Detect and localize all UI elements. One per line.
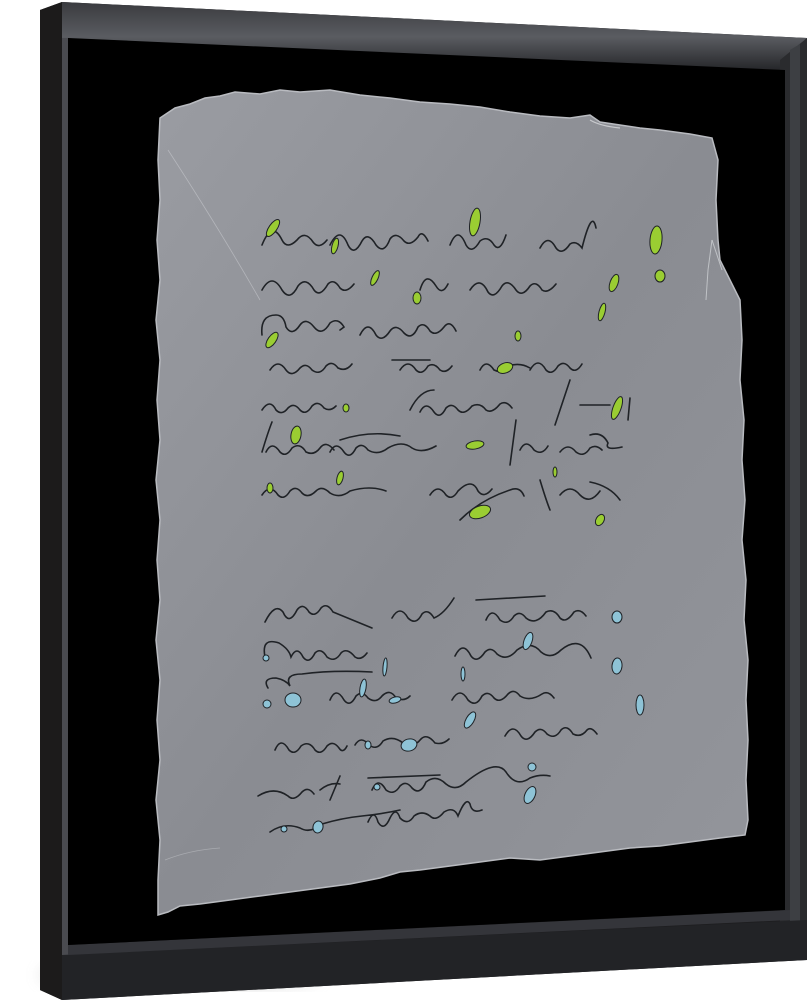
torn-paper xyxy=(156,90,748,915)
framed-artwork xyxy=(0,0,807,1000)
